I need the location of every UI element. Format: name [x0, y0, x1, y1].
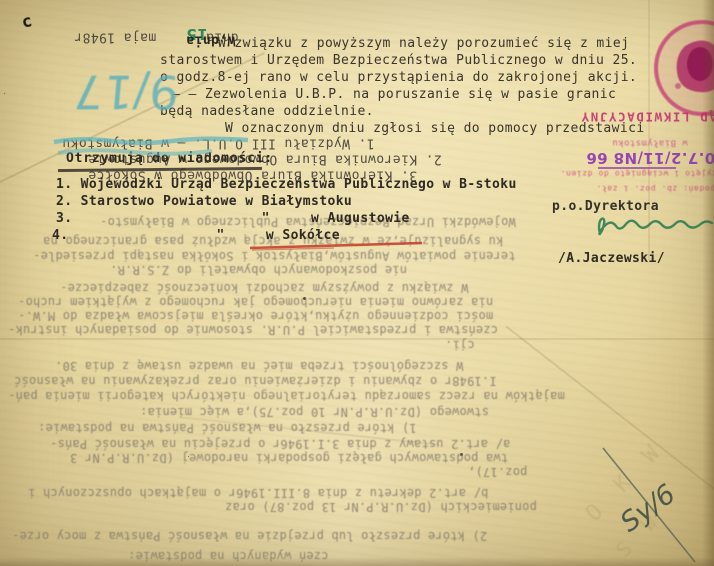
rotated-body-line: cji. [445, 337, 475, 352]
typed-line: — — Zezwolenia U.B.P. na poruszanie się … [172, 87, 616, 103]
rotated-body-line: czeństwa i przedstawiciel P.U.R. stosown… [8, 322, 498, 337]
paper-right-edge [702, 0, 714, 566]
rotated-body-line: b/ art.2 dekretu z dnia 8.III.1946r o ma… [28, 485, 488, 500]
signature-squiggle [590, 212, 714, 242]
signature-name: /A.Jaczewski/ [558, 251, 665, 267]
stamp-small-line-illegible: przyjęto i wciągnięto do dzien. [560, 168, 714, 178]
margin-note: Sy/6 [615, 479, 681, 539]
typed-line: W związku z powyższym należy porozumieć … [218, 36, 629, 52]
rotated-body-line: twa podstawowych gałęzi gospodarki narod… [70, 450, 508, 465]
rotated-body-line: 1) które przeszło na własność Państwa na… [38, 420, 417, 435]
liquidation-office-stamp: ZARZĄD LIKWIDACYJNY [580, 109, 714, 125]
rotated-body-line: W związku z powyższym zachodzi konieczno… [60, 280, 468, 295]
purple-file-number: 0.7.2/11/N8 66 [586, 148, 714, 167]
crease [0, 338, 714, 340]
rotated-body-line: poniemieckich (Dz.U.R.P.Nr 13 poz.87) or… [225, 499, 537, 514]
red-underline [248, 240, 430, 252]
distribution-item: 1. Wojewódzki Urząd Bezpieczeństwa Publi… [56, 177, 517, 193]
rotated-body-line: nie poszkodowanych obywateli do Z.S.R.R. [110, 262, 407, 277]
typed-line: starostwem i Urzędem Bezpieczeństwa Publ… [160, 53, 637, 69]
stamp-small-line-illegible: podań: zb. poz. i zał. [596, 183, 714, 193]
blue-page-note: 9/17 [71, 62, 181, 120]
stamp-city-line: w Białymstoku [612, 136, 688, 147]
corner-mark: c [20, 11, 35, 34]
paper: O K W S W Wojewódzki Urząd Bezpieczeństw… [0, 0, 714, 566]
rotated-body-line: nia zarówno mienia nieruchomego jak ruch… [18, 294, 493, 309]
distribution-item: 3. " w Augustowie [56, 211, 410, 227]
rotated-body-line: mości codziennego użytku,które określa m… [18, 308, 493, 323]
rotated-body-line: majątków na rzecz samorządu terytorialne… [8, 388, 565, 403]
typed-line: będą nadesłane oddzielnie. [160, 104, 374, 120]
rotated-body-line: stwowego (Dz.U.R.P.Nr 10 poz.75),a więc … [140, 404, 489, 419]
margin-note-group: Sy/6 [585, 440, 714, 566]
typed-line: o godz.8-ej rano w celu przystąpienia do… [160, 70, 637, 86]
paper-bottom-edge [0, 557, 714, 566]
rotated-body-line: a/ art.2 ustawy z dnia 3.I.1946r o przej… [50, 436, 510, 451]
rotated-body-line: 2) które przeszło lub przejdzie na własn… [12, 528, 487, 543]
rotated-body-line: poz.17), [468, 464, 527, 479]
rotated-body-line: W szczególności trzeba mieć na uwadze us… [55, 358, 463, 373]
rotated-body-line: I.1948r o zbywaniu i dzierżawieniu oraz … [14, 373, 497, 388]
teal-underline [52, 136, 252, 162]
distribution-item: 2. Starostwo Powiatowe w Białymstoku [56, 194, 352, 210]
